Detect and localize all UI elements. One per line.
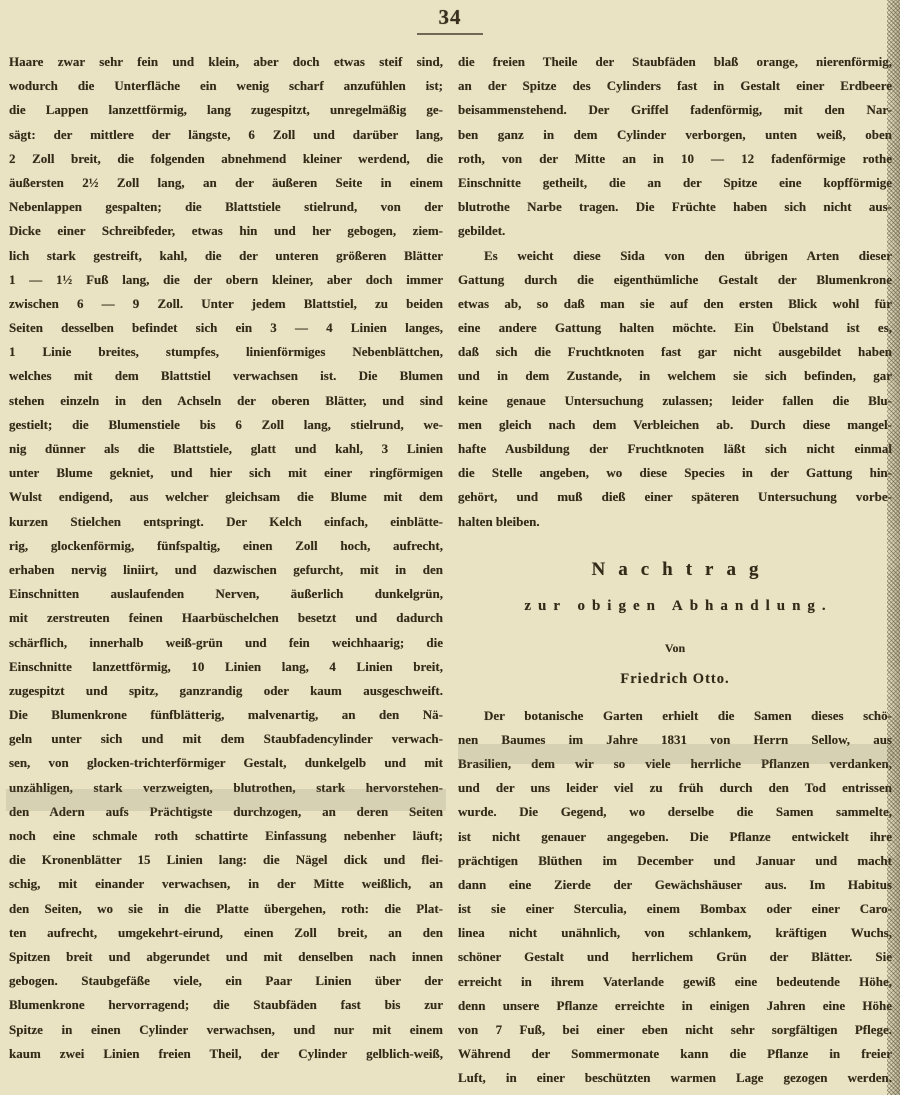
- text-line: Luft, in einer beschützten warmen Lage g…: [458, 1066, 892, 1090]
- text-line: die Stelle angeben, wo diese Species in …: [458, 461, 892, 485]
- page-number: 34: [439, 5, 462, 30]
- text-line: ist sie einer Sterculia, einem Bombax od…: [458, 897, 892, 921]
- text-line: zwischen 6 — 9 Zoll. Unter jedem Blattst…: [9, 292, 443, 316]
- text-line: lich stark gestreift, kahl, die der unte…: [9, 244, 443, 268]
- text-line: etwas ab, so daß man sie auf den ersten …: [458, 292, 892, 316]
- text-line: noch eine schmale roth schattirte Einfas…: [9, 824, 443, 848]
- text-line: linea nicht unähnlich, von schlankem, kr…: [458, 921, 892, 945]
- text-line: Einschnitten auslaufenden Nerven, äußerl…: [9, 582, 443, 606]
- section-byline: Von: [458, 636, 892, 660]
- text-line: die Kronenblätter 15 Linien lang: die Nä…: [9, 848, 443, 872]
- text-line: Die Blumenkrone fünfblätterig, malvenart…: [9, 703, 443, 727]
- text-line: halten bleiben.: [458, 510, 892, 534]
- right-paragraph-1: die freien Theile der Staubfäden blaß or…: [458, 50, 892, 244]
- section-author: Friedrich Otto.: [458, 667, 892, 691]
- text-line: beisammenstehend. Der Griffel fadenförmi…: [458, 98, 892, 122]
- text-line: schärflich, innerhalb weiß-grün und fein…: [9, 631, 443, 655]
- text-line: den Adern aufs Prächtigste durchzogen, a…: [9, 800, 443, 824]
- text-line: gestielt; die Blumenstiele bis 6 Zoll la…: [9, 413, 443, 437]
- text-line: sen, von glocken-trichterförmiger Gestal…: [9, 751, 443, 775]
- text-line: geln unter sich und mit dem Staubfadency…: [9, 727, 443, 751]
- text-line: unter Blume gekniet, und hier sich mit e…: [9, 461, 443, 485]
- text-line: die freien Theile der Staubfäden blaß or…: [458, 50, 892, 74]
- text-line: gebildet.: [458, 219, 892, 243]
- text-line: hafte Ausbildung der Fruchtknoten läßt s…: [458, 437, 892, 461]
- text-line: Es weicht diese Sida von den übrigen Art…: [458, 244, 892, 268]
- text-line: keine genaue Untersuchung zulassen; leid…: [458, 389, 892, 413]
- text-line: Spitze in einen Cylinder verwachsen, und…: [9, 1018, 443, 1042]
- right-paragraph-3: Der botanische Garten erhielt die Samen …: [458, 704, 892, 1091]
- text-line: 1 — 1½ Fuß lang, die der obern kleiner, …: [9, 268, 443, 292]
- text-line: Dicke einer Schreibfeder, etwas hin und …: [9, 219, 443, 243]
- text-line: Einschnitte getheilt, die an der Spitze …: [458, 171, 892, 195]
- text-line: welches mit dem Blattstiel verwachsen is…: [9, 364, 443, 388]
- section-title: Nachtrag: [458, 558, 892, 582]
- text-line: blutrothe Narbe tragen. Die Früchte habe…: [458, 195, 892, 219]
- right-paragraph-2: Es weicht diese Sida von den übrigen Art…: [458, 244, 892, 534]
- text-line: nig dünner als die Blattstiele, glatt un…: [9, 437, 443, 461]
- text-line: Einschnitte lanzettförmig, 10 Linien lan…: [9, 655, 443, 679]
- text-line: äußersten 2½ Zoll lang, an der äußeren S…: [9, 171, 443, 195]
- text-line: rig, glockenförmig, fünfspaltig, einen Z…: [9, 534, 443, 558]
- text-line: Seiten desselben befindet sich ein 3 — 4…: [9, 316, 443, 340]
- text-line: erhaben nervig liniirt, und dazwischen g…: [9, 558, 443, 582]
- left-column: Haare zwar sehr fein und klein, aber doc…: [9, 50, 443, 1091]
- text-line: von 7 Fuß, bei einer eben nicht sehr sor…: [458, 1018, 892, 1042]
- text-line: unzähligen, stark verzweigten, blutrothe…: [9, 776, 443, 800]
- section-subtitle: zur obigen Abhandlung.: [458, 594, 892, 618]
- text-line: Blumenkrone hervorragend; die Staubfäden…: [9, 993, 443, 1017]
- text-line: sägt: der mittlere der längste, 6 Zoll u…: [9, 123, 443, 147]
- text-line: ist nicht genauer angegeben. Die Pflanze…: [458, 825, 892, 849]
- text-line: Spitzen breit und abgerundet und mit den…: [9, 945, 443, 969]
- text-line: den Seiten, wo sie in die Platte übergeh…: [9, 897, 443, 921]
- text-line: wurde. Die Gegend, wo derselbe die Samen…: [458, 800, 892, 824]
- text-line: Nebenlappen gespalten; die Blattstiele s…: [9, 195, 443, 219]
- text-line: zugespitzt und spitz, ganzrandig oder ka…: [9, 679, 443, 703]
- text-line: 1 Linie breites, stumpfes, linienförmige…: [9, 340, 443, 364]
- text-line: nen Baumes im Jahre 1831 von Herrn Sello…: [458, 728, 892, 752]
- two-column-text-block: Haare zwar sehr fein und klein, aber doc…: [0, 35, 900, 1091]
- text-line: Während der Sommermonate kann die Pflanz…: [458, 1042, 892, 1066]
- text-line: denn unsere Pflanze erreichte in einigen…: [458, 994, 892, 1018]
- text-line: an der Spitze des Cylinders fast in Gest…: [458, 74, 892, 98]
- text-line: wodurch die Unterfläche ein wenig scharf…: [9, 74, 443, 98]
- text-line: stehen einzeln in den Achseln der oberen…: [9, 389, 443, 413]
- text-line: dann eine Zierde der Gewächshäuser aus. …: [458, 873, 892, 897]
- text-line: 2 Zoll breit, die folgenden abnehmend kl…: [9, 147, 443, 171]
- text-line: prächtigen Blüthen im December und Janua…: [458, 849, 892, 873]
- text-line: erreicht in ihrem Vaterlande gewiß eine …: [458, 970, 892, 994]
- left-column-paragraph: Haare zwar sehr fein und klein, aber doc…: [9, 50, 443, 1066]
- text-line: und der uns leider viel zu früh durch de…: [458, 776, 892, 800]
- text-line: mit zerstreuten feinen Haarbüschelchen b…: [9, 606, 443, 630]
- text-line: Der botanische Garten erhielt die Samen …: [458, 704, 892, 728]
- text-line: kurzen Stielchen entspringt. Der Kelch e…: [9, 510, 443, 534]
- text-line: und in dem Zustande, in welchem sie sich…: [458, 364, 892, 388]
- text-line: gebogen. Staubgefäße viele, ein Paar Lin…: [9, 969, 443, 993]
- nachtrag-section-heading: Nachtrag zur obigen Abhandlung. Von Frie…: [458, 558, 892, 692]
- page-number-rule: [417, 33, 483, 35]
- text-line: eine andere Gattung halten möchte. Ein Ü…: [458, 316, 892, 340]
- text-line: schig, mit einander verwachsen, in der M…: [9, 872, 443, 896]
- text-line: Haare zwar sehr fein und klein, aber doc…: [9, 50, 443, 74]
- text-line: schöner Gestalt und herrlichem Grün der …: [458, 945, 892, 969]
- text-line: men gleich nach dem Verbleichen ab. Durc…: [458, 413, 892, 437]
- page-header: 34: [0, 0, 900, 35]
- text-line: Wulst endigend, aus welcher gleichsam di…: [9, 485, 443, 509]
- text-line: Brasilien, dem wir so viele herrliche Pf…: [458, 752, 892, 776]
- scanned-book-page: 34 Haare zwar sehr fein und klein, aber …: [0, 0, 900, 1095]
- text-line: ten aufrecht, umgekehrt-eirund, einen Zo…: [9, 921, 443, 945]
- text-line: die Lappen lanzettförmig, lang zugespitz…: [9, 98, 443, 122]
- text-line: daß sich die Fruchtknoten fast gar nicht…: [458, 340, 892, 364]
- text-line: roth, von der Mitte an in 10 — 12 fadenf…: [458, 147, 892, 171]
- text-line: kaum zwei Linien freien Theil, der Cylin…: [9, 1042, 443, 1066]
- text-line: gehört, und muß dieß einer späteren Unte…: [458, 485, 892, 509]
- text-line: Gattung durch die eigenthümliche Gestalt…: [458, 268, 892, 292]
- right-column: die freien Theile der Staubfäden blaß or…: [458, 50, 892, 1091]
- text-line: ben ganz in dem Cylinder verborgen, unte…: [458, 123, 892, 147]
